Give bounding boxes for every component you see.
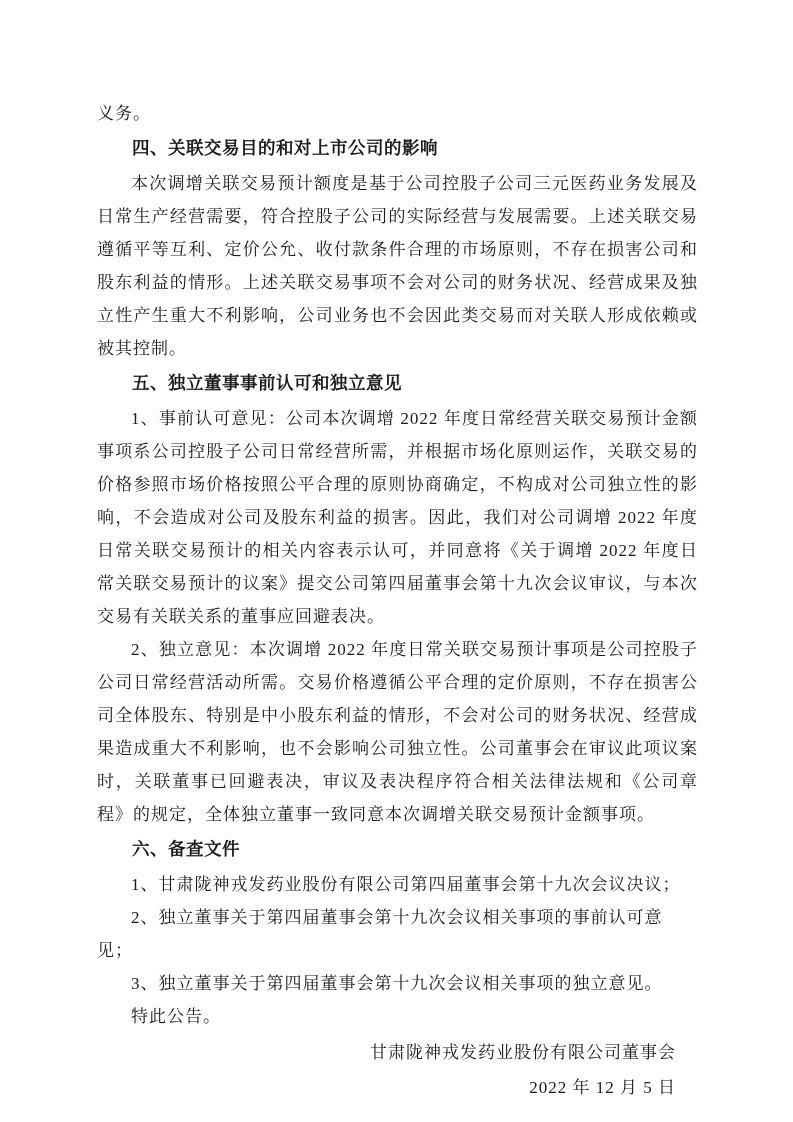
signature-block: 甘肃陇神戎发药业股份有限公司董事会 2022 年 12 月 5 日 bbox=[97, 1035, 698, 1105]
section-5-prior-approval-opinion: 1、事前认可意见：公司本次调增 2022 年度日常经营关联交易预计金额事项系公司… bbox=[97, 402, 698, 633]
reference-document-item: 2、独立董事关于第四届董事会第十九次会议相关事项的事前认可意见； bbox=[97, 901, 698, 967]
signature-date: 2022 年 12 月 5 日 bbox=[97, 1070, 676, 1105]
reference-document-item: 1、甘肃陇神戎发药业股份有限公司第四届董事会第十九次会议决议； bbox=[97, 868, 698, 901]
closing-announcement-line: 特此公告。 bbox=[97, 1000, 698, 1033]
section-5-independent-opinion: 2、独立意见：本次调增 2022 年度日常关联交易预计事项是公司控股子公司日常经… bbox=[97, 633, 698, 831]
signature-company-name: 甘肃陇神戎发药业股份有限公司董事会 bbox=[97, 1035, 676, 1070]
document-body: 义务。 四、关联交易目的和对上市公司的影响 本次调增关联交易预计额度是基于公司控… bbox=[97, 97, 698, 1105]
continuation-line: 义务。 bbox=[97, 97, 698, 130]
reference-document-item: 3、独立董事关于第四届董事会第十九次会议相关事项的独立意见。 bbox=[97, 967, 698, 1000]
section-4-heading: 四、关联交易目的和对上市公司的影响 bbox=[97, 132, 698, 165]
document-page: 义务。 四、关联交易目的和对上市公司的影响 本次调增关联交易预计额度是基于公司控… bbox=[0, 0, 793, 1122]
section-5-heading: 五、独立董事事前认可和独立意见 bbox=[97, 367, 698, 400]
section-4-paragraph: 本次调增关联交易预计额度是基于公司控股子公司三元医药业务发展及日常生产经营需要，… bbox=[97, 167, 698, 365]
section-6-heading: 六、备查文件 bbox=[97, 833, 698, 866]
